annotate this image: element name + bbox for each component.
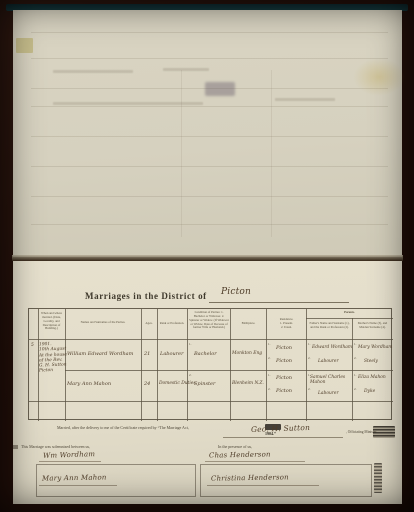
header-condition: Condition of Parties: 1. Bachelor or Wid… (189, 311, 229, 330)
signature-underline (205, 461, 305, 462)
printed-mark: 2. (308, 356, 310, 360)
printed-mark: 2. (354, 387, 356, 391)
printed-mark: 1. (268, 342, 270, 346)
header-ages: Ages. (142, 322, 156, 326)
bride-father-rank: Labourer (318, 391, 339, 396)
header-parents-group: Parents. (307, 311, 392, 315)
ghost-text (53, 70, 133, 73)
grid-line (306, 318, 393, 319)
printed-mark: 1. (354, 342, 356, 346)
signature-underline (39, 485, 117, 486)
header-birthplace: Birthplace. (232, 322, 265, 326)
grid-line (266, 309, 267, 421)
ghost-line (181, 70, 182, 237)
presence-label: In the presence of us, (218, 444, 252, 449)
title-underline (209, 302, 349, 303)
ghost-line (31, 136, 388, 137)
grid-line (29, 401, 393, 402)
when-line: Picton (39, 368, 66, 374)
bride-father-name: Samuel Charles Mahon (310, 375, 352, 386)
ghost-line (271, 70, 272, 237)
district-name-handwritten: Picton (221, 287, 251, 297)
groom-rank: Labourer (160, 351, 183, 357)
header-names: Names and Surnames of the Parties. (67, 321, 139, 325)
bride-residence-1: Picton (276, 375, 292, 381)
bride-birthplace: Blenheim N.Z. (232, 381, 264, 386)
groom-condition: Bachelor (194, 351, 217, 357)
printed-mark: 1. (189, 342, 191, 346)
printed-mark: 2. (354, 356, 356, 360)
groom-father-name: Edward Wordham (312, 345, 352, 350)
ghost-line (31, 58, 388, 59)
printed-mark: 1. (308, 342, 310, 346)
minister-signature: Geo. H. Sutton (251, 423, 310, 434)
ghost-line (31, 166, 388, 167)
upper-blank-page (13, 10, 402, 257)
grid-line (187, 309, 188, 421)
groom-father-rank: Labourer (318, 359, 339, 364)
printed-mark: 1. (354, 373, 356, 377)
groom-name: William Edward Wordham (67, 351, 133, 357)
margin-mark (13, 445, 18, 449)
groom-residence-2: Picton (276, 358, 292, 364)
bride-mother-maiden: Dyke (364, 389, 375, 394)
witness1-signature: Chas Henderson (209, 450, 271, 459)
title-row: Marriages in the District of Picton (13, 289, 402, 305)
grid-line (29, 339, 393, 340)
certification-line: Married, after the delivery to me of the… (13, 421, 402, 441)
header-residence: Residence. 1. Present. 2. Usual. (268, 318, 305, 330)
ghost-line (31, 32, 388, 33)
ghost-line (31, 196, 388, 197)
header-rank: Rank or Profession. (158, 322, 186, 326)
header-when-where: When and where married. (Date, Locality,… (39, 312, 64, 331)
witness2-signature: Christina Henderson (211, 473, 289, 482)
signature-line (223, 437, 343, 438)
ghost-text (53, 102, 203, 105)
grid-line (306, 309, 307, 421)
register-table: When and where married. (Date, Locality,… (28, 308, 392, 420)
header-father: Father's Name and Surname (1), and the R… (308, 322, 351, 330)
signature-underline (207, 485, 319, 486)
groom-birthplace: Monkton Eng (232, 351, 262, 356)
grid-line (230, 309, 231, 421)
ink-stamp-smudge (205, 82, 235, 96)
groom-mother-maiden: Steely (364, 359, 378, 364)
bride-condition: Spinster (194, 381, 215, 387)
printed-mark: 2. (308, 387, 310, 391)
signature-underline (39, 461, 101, 462)
bride-mother-name: Eliza Mahon (358, 375, 386, 380)
printed-mark: 2. (268, 387, 270, 391)
printed-mark: 1. (268, 373, 270, 377)
bride-rank: Domestic Duties (159, 381, 196, 386)
header-residence-2: 2. Usual. (281, 325, 292, 329)
ghost-text (163, 68, 209, 71)
bride-name: Mary Ann Mahon (67, 381, 111, 387)
archive-label (16, 38, 33, 53)
groom-mother-name: Mary Wordham (358, 345, 392, 350)
when-where-cell: 1901. 10th August At the house of the Re… (39, 342, 66, 374)
register-photo: Marriages in the District of Picton When… (0, 0, 414, 512)
groom-age: 21 (144, 351, 150, 357)
page-title: Marriages in the District of (85, 291, 207, 301)
paper-stain (353, 58, 405, 96)
groom-residence-1: Picton (276, 345, 292, 351)
ghost-line (31, 224, 388, 225)
groom-signature: Wm Wordham (43, 450, 95, 460)
bride-residence-2: Picton (276, 388, 292, 394)
ghost-text (275, 98, 335, 101)
entry-number: 5 (31, 343, 34, 348)
registrar-stamp (373, 426, 395, 438)
solemnized-label: This Marriage was solemnized between us, (21, 444, 90, 449)
printed-mark: 2. (268, 356, 270, 360)
grid-line (65, 370, 393, 371)
bride-age: 24 (144, 381, 150, 387)
printed-mark: 2. (189, 373, 191, 377)
marriage-act-text: Married, after the delivery to me of the… (57, 425, 189, 430)
bride-signature: Mary Ann Mahon (42, 473, 107, 482)
marriage-certificate-page: Marriages in the District of Picton When… (13, 261, 402, 504)
ghost-line (31, 106, 388, 107)
header-mother: Mother's Name (3), and Maiden Surname (4… (354, 322, 391, 330)
side-stamp (374, 463, 382, 493)
